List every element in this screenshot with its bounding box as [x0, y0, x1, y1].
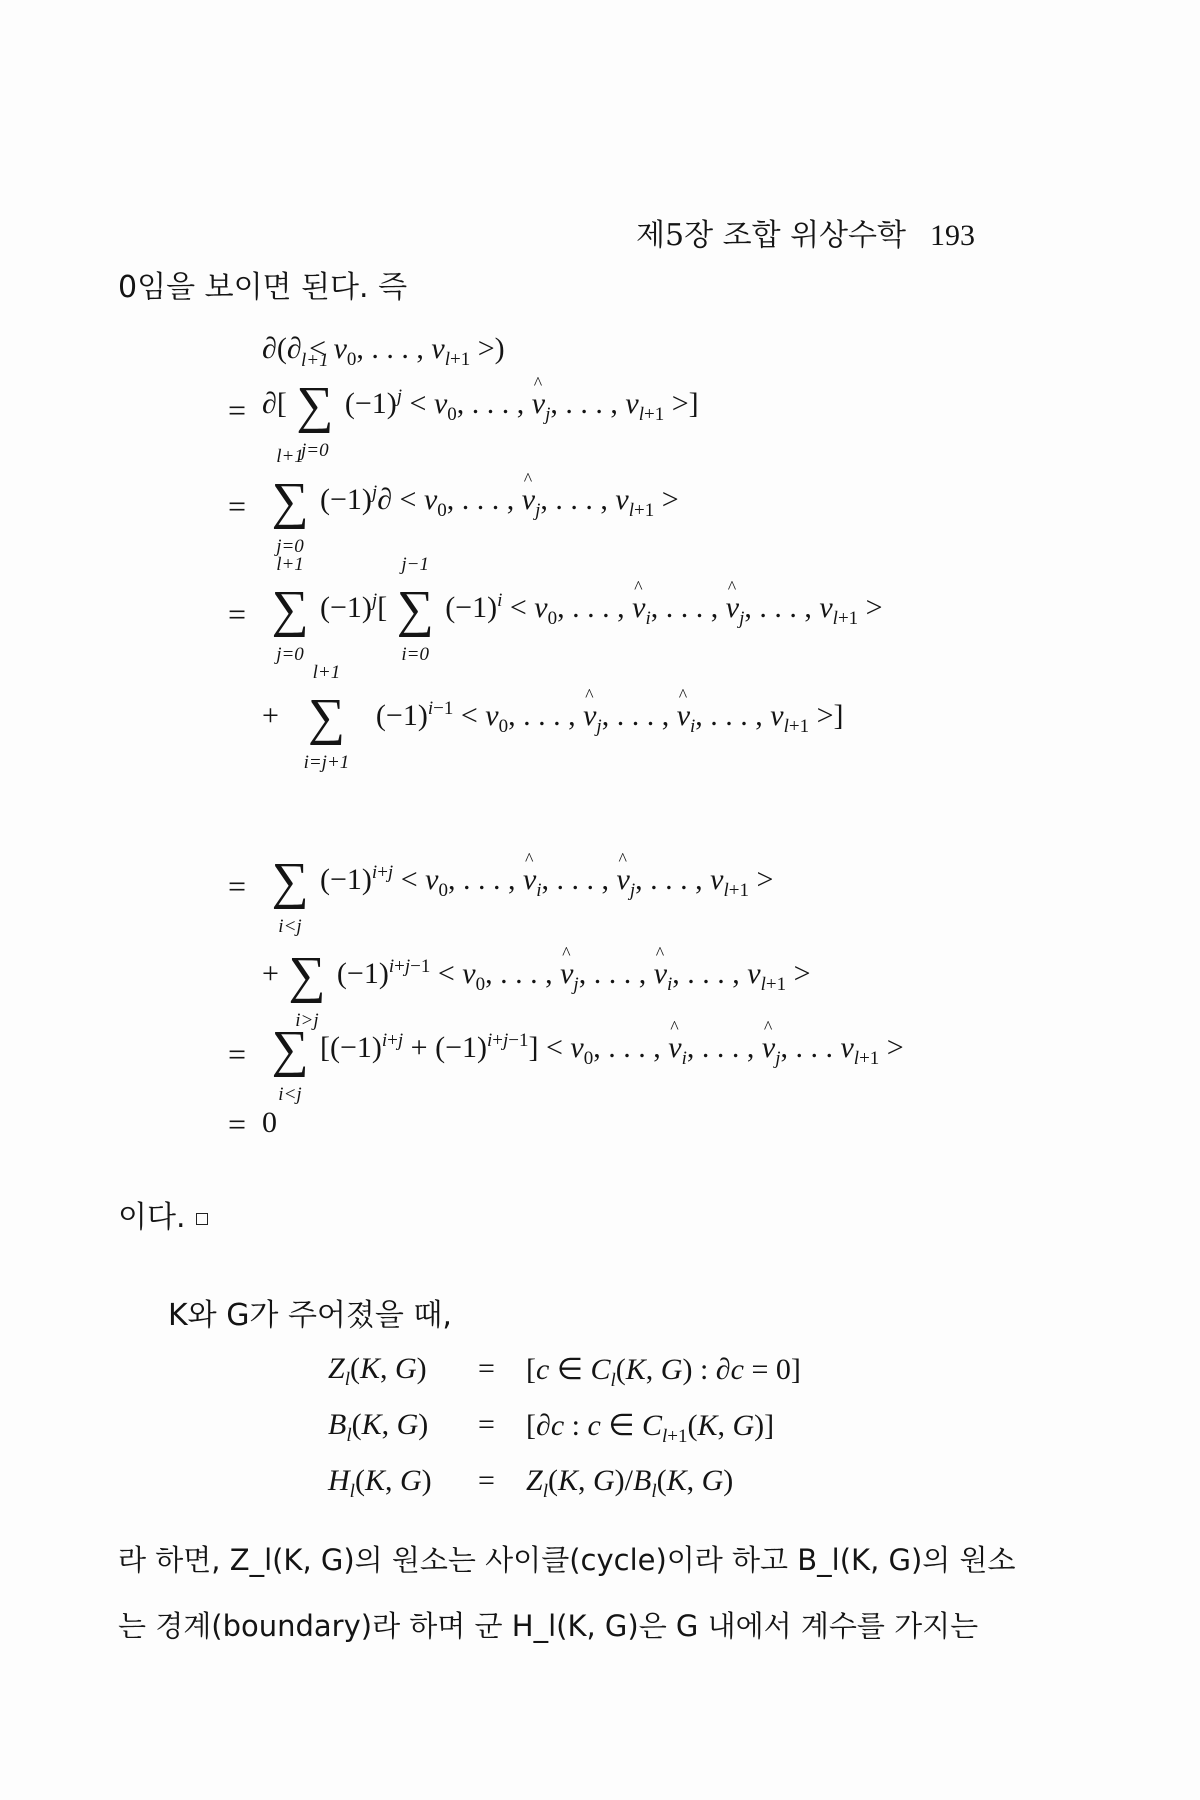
derivation-line-2: l+1∑j=0(−1)j∂ < v0, . . . , vj, . . . , … [262, 480, 679, 524]
qed-square-icon [196, 1213, 208, 1225]
intro-text: 0임을 보이면 된다. 즉 [118, 262, 407, 306]
equals-sign: = [478, 1352, 495, 1386]
derivation-line-8: 0 [262, 1106, 277, 1140]
running-header: 제5장 조합 위상수학193 [636, 210, 975, 254]
equals-sign: = [228, 596, 246, 633]
summation: j−1∑i=0 [387, 588, 443, 632]
closing-line-1: 라 하면, Z_l(K, G)의 원소는 사이클(cycle)이라 하고 B_l… [118, 1538, 1016, 1579]
definition-z-rhs: [c ∈ Cl(K, G) : ∂c = 0] [526, 1352, 801, 1392]
conclusion-label: 이다. [118, 1200, 186, 1235]
summation: l+1∑j=0 [262, 588, 318, 632]
definition-z-lhs: Zl(K, G) [328, 1352, 427, 1391]
page-number: 193 [930, 219, 975, 252]
definition-h-lhs: Hl(K, G) [328, 1464, 432, 1503]
derivation-line-6: +∑i>j(−1)i+j−1 < v0, . . . , vj, . . . ,… [262, 954, 811, 998]
summation: ∑i<j [262, 860, 318, 904]
equals-sign: = [228, 868, 246, 905]
summation: l+1∑j=0 [262, 480, 318, 524]
derivation-line-5: ∑i<j(−1)i+j < v0, . . . , vi, . . . , vj… [262, 860, 773, 904]
equals-sign: = [228, 488, 246, 525]
definition-h-rhs: Zl(K, G)/Bl(K, G) [526, 1464, 733, 1503]
summation: l+1∑i=j+1 [286, 696, 366, 740]
equals-sign: = [228, 1036, 246, 1073]
equals-sign: = [478, 1408, 495, 1442]
derivation-line-1: ∂[l+1∑j=0(−1)j < v0, . . . , vj, . . . ,… [262, 384, 699, 428]
equals-sign: = [228, 1106, 246, 1143]
closing-line-2: 는 경계(boundary)라 하며 군 H_l(K, G)은 G 내에서 계수… [118, 1604, 978, 1645]
derivation-line-4: + l+1∑i=j+1 (−1)i−1 < v0, . . . , vj, . … [262, 696, 844, 740]
definition-b-lhs: Bl(K, G) [328, 1408, 428, 1447]
given-text: K와 G가 주어졌을 때, [168, 1290, 452, 1334]
equals-sign: = [228, 392, 246, 429]
summation: ∑i<j [262, 1028, 318, 1072]
summation: l+1∑j=0 [287, 384, 343, 428]
derivation-line-3: l+1∑j=0(−1)j[j−1∑i=0(−1)i < v0, . . . , … [262, 588, 883, 632]
summation: ∑i>j [279, 954, 335, 998]
conclusion-text: 이다. [118, 1192, 208, 1236]
derivation-line-7: ∑i<j[(−1)i+j + (−1)i+j−1] < v0, . . . , … [262, 1028, 904, 1072]
chapter-title: 제5장 조합 위상수학 [636, 218, 906, 253]
definition-b-rhs: [∂c : c ∈ Cl+1(K, G)] [526, 1408, 774, 1448]
equals-sign: = [478, 1464, 495, 1498]
